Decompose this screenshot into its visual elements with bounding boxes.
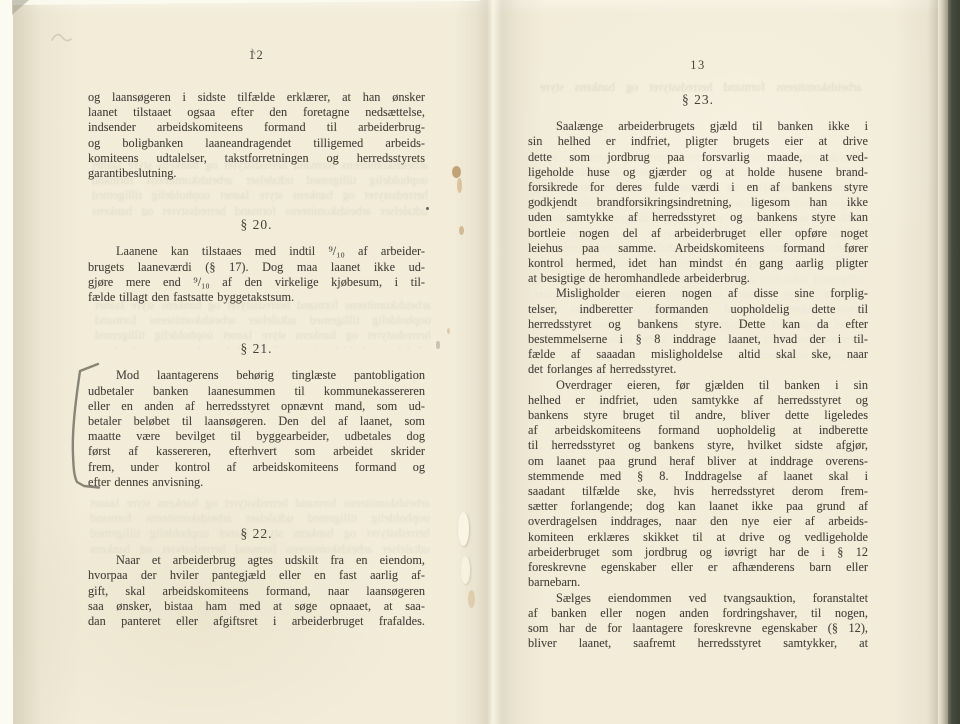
- page-number-13: 13: [528, 58, 868, 73]
- text-line: leiehus paa samme. Arbeidskomiteens form…: [528, 241, 868, 256]
- text-line: det forlanges af herredsstyret.: [528, 362, 868, 377]
- paragraph: Overdrager eieren, før gjælden til banke…: [528, 378, 868, 591]
- text-line: telser, indberetter formanden uopholdeli…: [528, 302, 868, 317]
- paragraph: Saalænge arbeiderbrugets gjæld til banke…: [528, 119, 868, 286]
- text-line: dette som jordbrug paa forsvarlig maade,…: [528, 150, 868, 165]
- text-line: uden samtykke af herredsstyret og banken…: [528, 210, 868, 225]
- text-line: gift, skal arbeidskomiteens formand, naa…: [88, 584, 425, 599]
- text-line: af banken eller nogen anden fordringshav…: [528, 606, 868, 621]
- text-line: laanet tilstaaet ogsaa efter den foretag…: [88, 105, 425, 120]
- text-line: sætter forlangende; dog kan laanet ikke …: [528, 499, 868, 514]
- text-line: af arbeidskomiteens formand uopholdelig …: [528, 423, 868, 438]
- text-line: bliver laanet, saafremt herredsstyret sa…: [528, 636, 868, 651]
- text-line: saa ønsker, bistaa ham med at søge opnaa…: [88, 599, 425, 614]
- text-line: fælde tillagt den fastsatte byggetakstsu…: [88, 290, 425, 305]
- text-line: Naar et arbeiderbrug agtes udskilt fra e…: [88, 553, 425, 568]
- text-line: herredsstyret og bankens styre. Dette ka…: [528, 317, 868, 332]
- text-line: helhed er indfriet, uden samtykke af her…: [528, 393, 868, 408]
- text-line: maatte være bevilget til byggearbeider, …: [88, 429, 425, 444]
- paragraph-pencil-marked: Mod laantagerens behørig tinglæste panto…: [88, 368, 425, 490]
- text-line: Laanene kan tilstaaes med indtil ⁹/₁₀ af…: [88, 244, 425, 259]
- text-line: Saalænge arbeiderbrugets gjæld til banke…: [528, 119, 868, 134]
- text-line: betaler beløbet til laansøgeren. Den del…: [88, 414, 425, 429]
- text-line: Sælges eiendommen ved tvangsauktion, for…: [528, 591, 868, 606]
- text-line: og boligbanken laaneandragendet tilligem…: [88, 136, 425, 151]
- text-line: overdragelsen inddrages, naar den nye ei…: [528, 514, 868, 529]
- text-line: gjøre mere end ⁹/₁₀ af den virkelige kjø…: [88, 275, 425, 290]
- paragraph: Sælges eiendommen ved tvangsauktion, for…: [528, 591, 868, 652]
- book-scan: arbeidskomiteens formand herredsstyret o…: [0, 0, 960, 724]
- page-stack-edge: [938, 0, 948, 724]
- text-line: kontrol hermed, idet han mindst én gang …: [528, 256, 868, 271]
- text-line: godkjendt brandforsikringsindretning, li…: [528, 195, 868, 210]
- text-line: bortleie nogen del af arbeiderbruget ell…: [528, 226, 868, 241]
- text-line: bankens styre bruget til andre, bliver d…: [528, 408, 868, 423]
- section-heading: § 22.: [88, 526, 425, 541]
- text-line: indsender arbeidskomiteens formand til a…: [88, 120, 425, 135]
- page-13-text-column: § 23.Saalænge arbeiderbrugets gjæld til …: [528, 92, 868, 651]
- paragraph: Naar et arbeiderbrug agtes udskilt fra e…: [88, 553, 425, 629]
- text-line: stemmende med § 8. Inddragelse af laanet…: [528, 469, 868, 484]
- text-line: først af kassereren, efterhvert som arbe…: [88, 444, 425, 459]
- text-line: at besigtige de heromhandlede arbeiderbr…: [528, 271, 868, 286]
- text-line: forsikrede for deres fulde værdi i en af…: [528, 180, 868, 195]
- text-line: komiteen erklæres skikket til at drive o…: [528, 530, 868, 545]
- section-heading: § 20.: [88, 217, 425, 232]
- text-line: Overdrager eieren, før gjælden til banke…: [528, 378, 868, 393]
- paragraph: Laanene kan tilstaaes med indtil ⁹/₁₀ af…: [88, 244, 425, 305]
- text-line: arbeiderbruget som jordbrug og iøvrigt h…: [528, 545, 868, 560]
- page-number-12: 12: [88, 48, 425, 63]
- text-line: frem, under kontrol af arbeidskomiteens …: [88, 460, 425, 475]
- page-12-text-column: og laansøgeren i sidste tilfælde erklære…: [88, 90, 425, 629]
- text-line: saadant tilfælde ske, hvis herredsstyret…: [528, 484, 868, 499]
- text-line: komiteens udtalelser, takstforretningen …: [88, 151, 425, 166]
- text-line: som har de for laantagere foreskrevne eg…: [528, 621, 868, 636]
- text-line: Misligholder eieren nogen af disse sine …: [528, 286, 868, 301]
- text-line: ligeholde huse og gjærder og at holde hu…: [528, 165, 868, 180]
- text-line: til herredsstyret og bankens styre, hvil…: [528, 438, 868, 453]
- section-heading: § 21.: [88, 341, 425, 356]
- text-line: Mod laantagerens behørig tinglæste panto…: [88, 368, 425, 383]
- text-line: fælde af saaadan misligholdelse altid sk…: [528, 347, 868, 362]
- paragraph: og laansøgeren i sidste tilfælde erklære…: [88, 90, 425, 181]
- text-line: barnebarn.: [528, 575, 868, 590]
- section-heading: § 23.: [528, 92, 868, 107]
- paragraph: Misligholder eieren nogen af disse sine …: [528, 286, 868, 377]
- text-line: om laanet paa grund heraf bliver at indd…: [528, 454, 868, 469]
- text-line: efter dennes anvisning.: [88, 475, 425, 490]
- book-cover-edge: [948, 0, 960, 724]
- text-line: foreskrevne egenskaber eller er afhænder…: [528, 560, 868, 575]
- text-line: hvorpaa der hviler pantegjæld eller en f…: [88, 568, 425, 583]
- text-line: udbetaler banken laanesummen til kommune…: [88, 384, 425, 399]
- text-line: eller en anden af herredsstyret opnævnt …: [88, 399, 425, 414]
- text-line: sin helhed er indfriet, pligter brugets …: [528, 134, 868, 149]
- text-line: bestemmelserne i § 8 inddrage laanet, hv…: [528, 332, 868, 347]
- text-line: dan panteret eller afgiftsret i arbeider…: [88, 614, 425, 629]
- text-line: og laansøgeren i sidste tilfælde erklære…: [88, 90, 425, 105]
- text-line: brugets laaneværdi (§ 17). Dog maa laane…: [88, 260, 425, 275]
- text-line: garantibeslutning.: [88, 166, 425, 181]
